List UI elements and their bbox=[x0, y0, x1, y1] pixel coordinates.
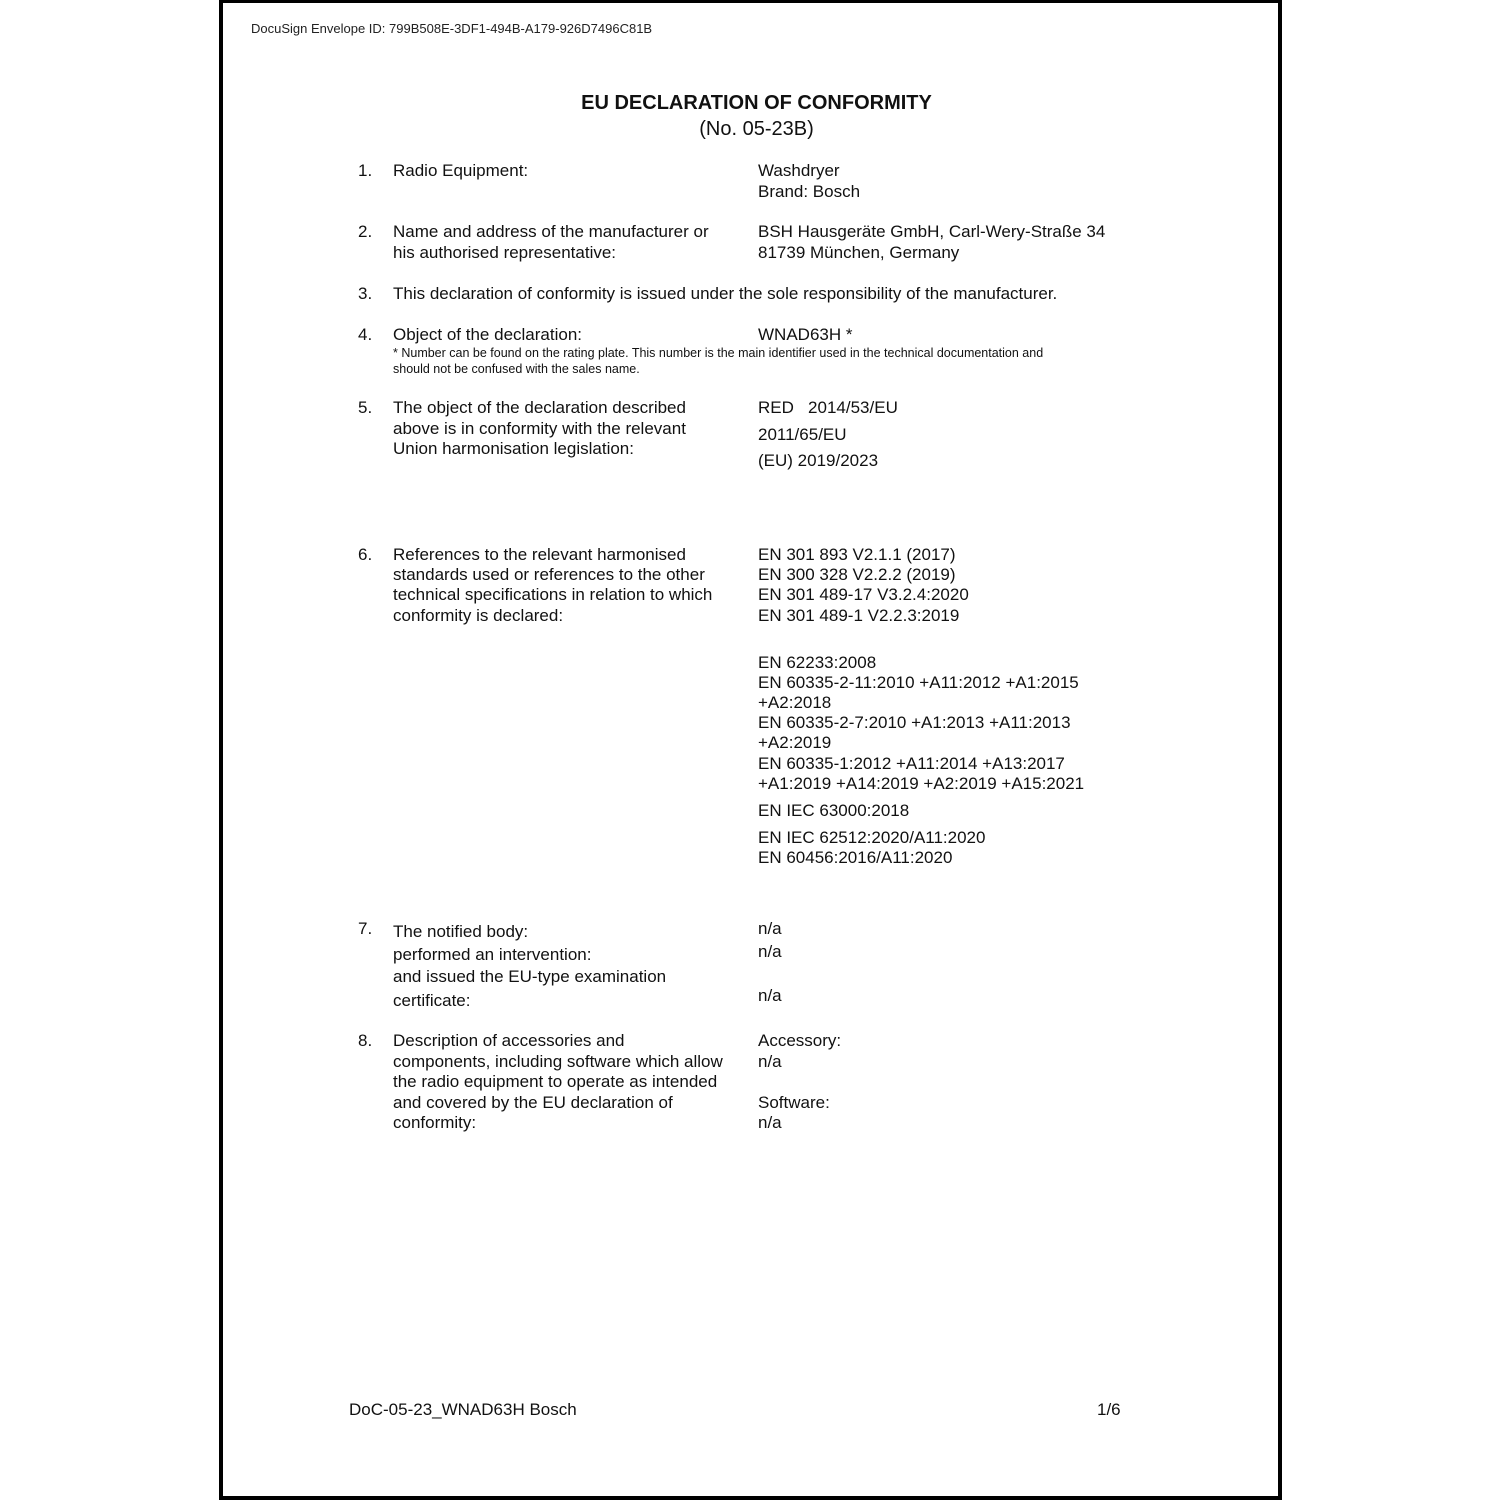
section-2-label: his authorised representative: bbox=[393, 243, 616, 264]
section-4-value: WNAD63H * bbox=[758, 325, 852, 346]
page-title: EU DECLARATION OF CONFORMITY bbox=[0, 92, 1500, 115]
section-3-label: This declaration of conformity is issued… bbox=[393, 284, 1057, 305]
section-2-number: 2. bbox=[358, 222, 372, 243]
document-page bbox=[219, 0, 1282, 1500]
standard-ref: +A1:2019 +A14:2019 +A2:2019 +A15:2021 bbox=[758, 774, 1084, 795]
section-5-number: 5. bbox=[358, 398, 372, 419]
section-5-label: Union harmonisation legislation: bbox=[393, 439, 634, 460]
standard-ref: EN 60335-1:2012 +A11:2014 +A13:2017 bbox=[758, 754, 1065, 775]
section-2-value: BSH Hausgeräte GmbH, Carl-Wery-Straße 34 bbox=[758, 222, 1105, 243]
standard-ref: EN 300 328 V2.2.2 (2019) bbox=[758, 565, 956, 586]
standard-ref: +A2:2018 bbox=[758, 693, 831, 714]
section-7-value: n/a bbox=[758, 986, 782, 1007]
footer-doc-ref: DoC-05-23_WNAD63H Bosch bbox=[349, 1400, 577, 1420]
section-8-label: conformity: bbox=[393, 1113, 476, 1134]
section-4-number: 4. bbox=[358, 325, 372, 346]
standard-ref: EN IEC 62512:2020/A11:2020 bbox=[758, 828, 985, 849]
section-5-value: 2011/65/EU bbox=[758, 425, 847, 446]
section-7-number: 7. bbox=[358, 919, 372, 940]
section-8-value: n/a bbox=[758, 1052, 782, 1073]
section-4-footnote: should not be confused with the sales na… bbox=[393, 361, 640, 377]
declaration-number: (No. 05-23B) bbox=[0, 118, 1500, 141]
page-number: 1/6 bbox=[1097, 1400, 1121, 1420]
section-8-label: components, including software which all… bbox=[393, 1052, 723, 1073]
standard-ref: EN IEC 63000:2018 bbox=[758, 801, 909, 822]
section-7-label: certificate: bbox=[393, 991, 470, 1012]
section-5-value: (EU) 2019/2023 bbox=[758, 451, 878, 472]
section-6-label: References to the relevant harmonised bbox=[393, 545, 686, 566]
section-8-label: Description of accessories and bbox=[393, 1031, 625, 1052]
section-2-value: 81739 München, Germany bbox=[758, 243, 959, 264]
section-8-value: Accessory: bbox=[758, 1031, 841, 1052]
section-7-label: The notified body: bbox=[393, 922, 528, 943]
section-1-label: Radio Equipment: bbox=[393, 161, 528, 182]
section-3-number: 3. bbox=[358, 284, 372, 305]
section-4-label: Object of the declaration: bbox=[393, 325, 582, 346]
section-8-label: the radio equipment to operate as intend… bbox=[393, 1072, 717, 1093]
section-5-label: The object of the declaration described bbox=[393, 398, 686, 419]
standard-ref: EN 301 893 V2.1.1 (2017) bbox=[758, 545, 956, 566]
standard-ref: EN 60456:2016/A11:2020 bbox=[758, 848, 952, 869]
section-2-label: Name and address of the manufacturer or bbox=[393, 222, 709, 243]
section-6-label: standards used or references to the othe… bbox=[393, 565, 705, 586]
section-8-value: Software: bbox=[758, 1093, 830, 1114]
section-8-value: n/a bbox=[758, 1113, 782, 1134]
section-8-label: and covered by the EU declaration of bbox=[393, 1093, 673, 1114]
section-1-value: Washdryer bbox=[758, 161, 840, 182]
section-5-label: above is in conformity with the relevant bbox=[393, 419, 686, 440]
section-6-label: conformity is declared: bbox=[393, 606, 563, 627]
section-6-label: technical specifications in relation to … bbox=[393, 585, 712, 606]
section-7-value: n/a bbox=[758, 919, 782, 940]
standard-ref: EN 60335-2-7:2010 +A1:2013 +A11:2013 bbox=[758, 713, 1071, 734]
section-6-number: 6. bbox=[358, 545, 372, 566]
section-7-value: n/a bbox=[758, 942, 782, 963]
standard-ref: EN 301 489-1 V2.2.3:2019 bbox=[758, 606, 959, 627]
section-1-value: Brand: Bosch bbox=[758, 182, 860, 203]
section-8-number: 8. bbox=[358, 1031, 372, 1052]
standard-ref: EN 301 489-17 V3.2.4:2020 bbox=[758, 585, 969, 606]
section-7-label: and issued the EU-type examination bbox=[393, 967, 666, 988]
section-5-value: RED 2014/53/EU bbox=[758, 398, 898, 419]
standard-ref: +A2:2019 bbox=[758, 733, 831, 754]
section-7-label: performed an intervention: bbox=[393, 945, 591, 966]
standard-ref: EN 62233:2008 bbox=[758, 653, 876, 674]
section-1-number: 1. bbox=[358, 161, 372, 182]
standard-ref: EN 60335-2-11:2010 +A11:2012 +A1:2015 bbox=[758, 673, 1079, 694]
section-4-footnote: * Number can be found on the rating plat… bbox=[393, 345, 1043, 361]
envelope-id: DocuSign Envelope ID: 799B508E-3DF1-494B… bbox=[251, 21, 652, 36]
